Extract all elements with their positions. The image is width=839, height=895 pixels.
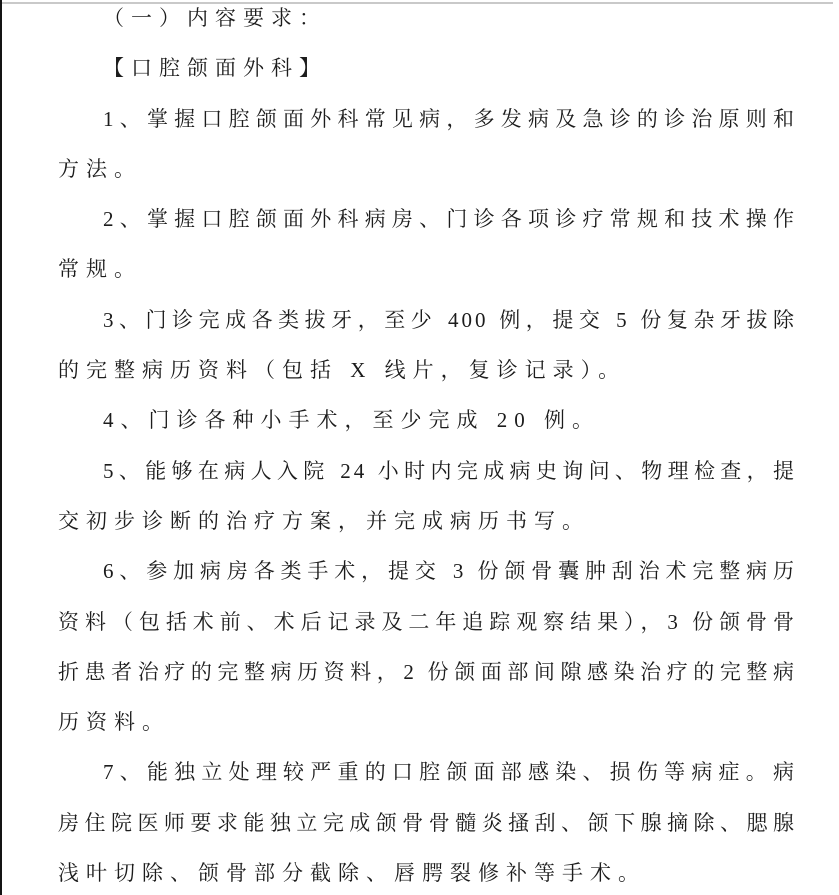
item-1-line-1: 1、掌握口腔颌面外科常见病，多发病及急诊的诊治原则和 [58,94,797,144]
item-5-line-1: 5、能够在病人入院 24 小时内完成病史询问、物理检查，提 [58,446,797,496]
section-title-oral-maxillofacial-surgery: 【口腔颌面外科】 [58,43,797,93]
item-4-line-1: 4、门诊各种小手术，至少完成 20 例。 [58,395,797,445]
item-3-line-1: 3、门诊完成各类拔牙，至少 400 例，提交 5 份复杂牙拔除 [58,295,797,345]
item-6-line-2: 资料（包括术前、术后记录及二年追踪观察结果），3 份颌骨骨 [58,597,797,647]
item-7-line-3: 浅叶切除、颌骨部分截除、唇腭裂修补等手术。 [58,848,797,895]
document-page: （一）内容要求： 【口腔颌面外科】 1、掌握口腔颌面外科常见病，多发病及急诊的诊… [0,0,839,895]
item-7-line-2: 房住院医师要求能独立完成颌骨骨髓炎搔刮、颌下腺摘除、腮腺 [58,798,797,848]
item-3-line-2: 的完整病历资料（包括 X 线片，复诊记录）。 [58,345,797,395]
item-2-line-1: 2、掌握口腔颌面外科病房、门诊各项诊疗常规和技术操作 [58,194,797,244]
item-5-line-2: 交初步诊断的治疗方案，并完成病历书写。 [58,496,797,546]
item-2-line-2: 常规。 [58,244,797,294]
content-requirements-heading: （一）内容要求： [58,0,797,43]
item-6-line-1: 6、参加病房各类手术，提交 3 份颌骨囊肿刮治术完整病历 [58,546,797,596]
item-7-line-1: 7、能独立处理较严重的口腔颌面部感染、损伤等病症。病 [58,747,797,797]
document-body: （一）内容要求： 【口腔颌面外科】 1、掌握口腔颌面外科常见病，多发病及急诊的诊… [0,0,839,895]
item-6-line-4: 历资料。 [58,697,797,747]
item-1-line-2: 方法。 [58,144,797,194]
item-6-line-3: 折患者治疗的完整病历资料，2 份颌面部间隙感染治疗的完整病 [58,647,797,697]
